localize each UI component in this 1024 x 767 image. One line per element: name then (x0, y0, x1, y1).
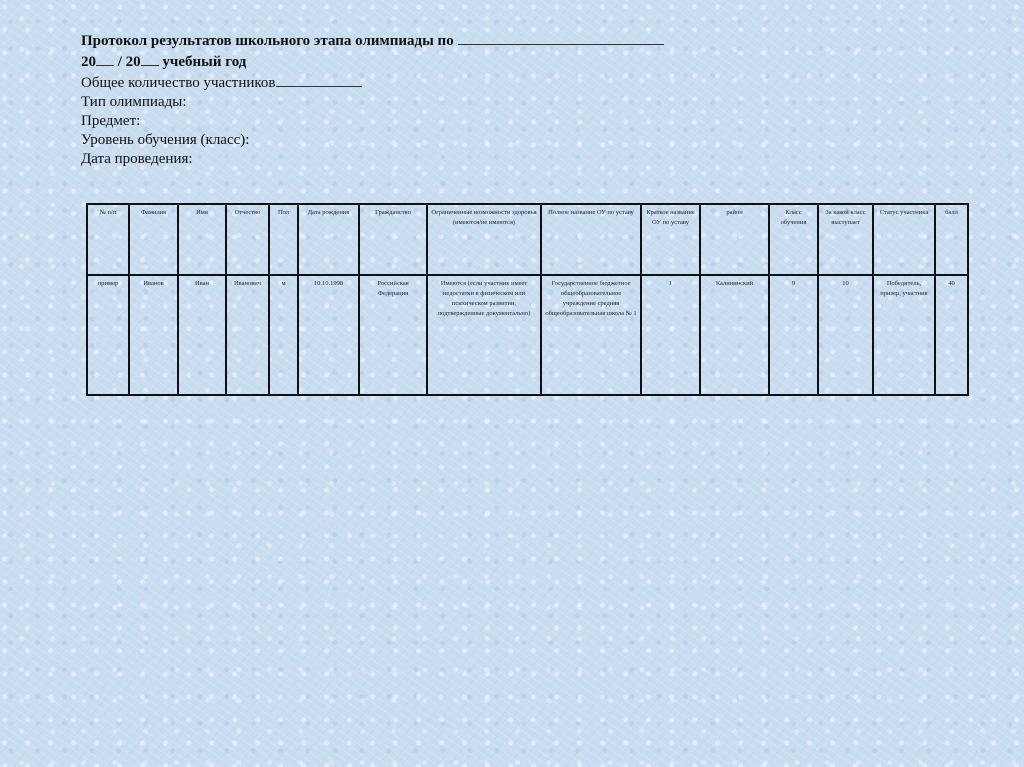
table-cell: м (269, 275, 298, 395)
column-header: Краткое название ОУ по уставу (641, 204, 700, 275)
column-header: За какой класс выступает (818, 204, 873, 275)
date-label: Дата проведения: (81, 150, 664, 169)
year-prefix: 20 (81, 54, 96, 70)
protocol-header: Протокол результатов школьного этапа оли… (81, 30, 664, 169)
subject-label: Предмет: (81, 112, 664, 131)
table-cell: 1 (641, 275, 700, 395)
column-header: Класс обучения (769, 204, 818, 275)
title-line: Протокол результатов школьного этапа оли… (81, 30, 664, 51)
year-separator: / 20 (114, 54, 141, 70)
grade-level-label: Уровень обучения (класс): (81, 131, 664, 150)
table-cell: 10.10.1998 (298, 275, 359, 395)
column-header: балл (935, 204, 968, 275)
olympiad-type-label: Тип олимпиады: (81, 93, 664, 112)
table-cell: Иванов (129, 275, 178, 395)
column-header: № п/п (87, 204, 129, 275)
column-header: Фамилия (129, 204, 178, 275)
table-cell: Калининский (700, 275, 769, 395)
table-cell: Имеются (если участник имеет недостатки … (427, 275, 541, 395)
table-cell: Государственное бюджетное общеобразовате… (541, 275, 641, 395)
column-header: Отчество (226, 204, 269, 275)
table-cell: 40 (935, 275, 968, 395)
column-header: Имя (178, 204, 226, 275)
table-cell: Иван (178, 275, 226, 395)
academic-year-line: 20 / 20 учебный год (81, 51, 664, 72)
year-suffix: учебный год (159, 54, 247, 70)
table-header-row: № п/пФамилияИмяОтчествоПолДата рожденияГ… (87, 204, 968, 275)
table-cell: Иванович (226, 275, 269, 395)
table-cell: 10 (818, 275, 873, 395)
year-blank-1 (96, 51, 114, 66)
year-blank-2 (141, 51, 159, 66)
table-cell: 9 (769, 275, 818, 395)
column-header: Статус участника (873, 204, 935, 275)
protocol-title: Протокол результатов школьного этапа оли… (81, 33, 454, 49)
column-header: Гражданство (359, 204, 427, 275)
table-cell: Российская Федерация (359, 275, 427, 395)
column-header: Полное название ОУ по уставу (541, 204, 641, 275)
table-cell: Победитель, призер, участник (873, 275, 935, 395)
column-header: Пол (269, 204, 298, 275)
table-row: примерИвановИванИвановичм10.10.1998Росси… (87, 275, 968, 395)
subject-blank (458, 30, 664, 45)
column-header: Дата рождения (298, 204, 359, 275)
column-header: Ограниченные возможности здоровья (имеют… (427, 204, 541, 275)
table-cell: пример (87, 275, 129, 395)
column-header: район (700, 204, 769, 275)
participants-blank (276, 72, 362, 87)
results-table: № п/пФамилияИмяОтчествоПолДата рожденияГ… (86, 203, 969, 396)
participants-label: Общее количество участников (81, 75, 276, 91)
participants-line: Общее количество участников (81, 72, 664, 93)
